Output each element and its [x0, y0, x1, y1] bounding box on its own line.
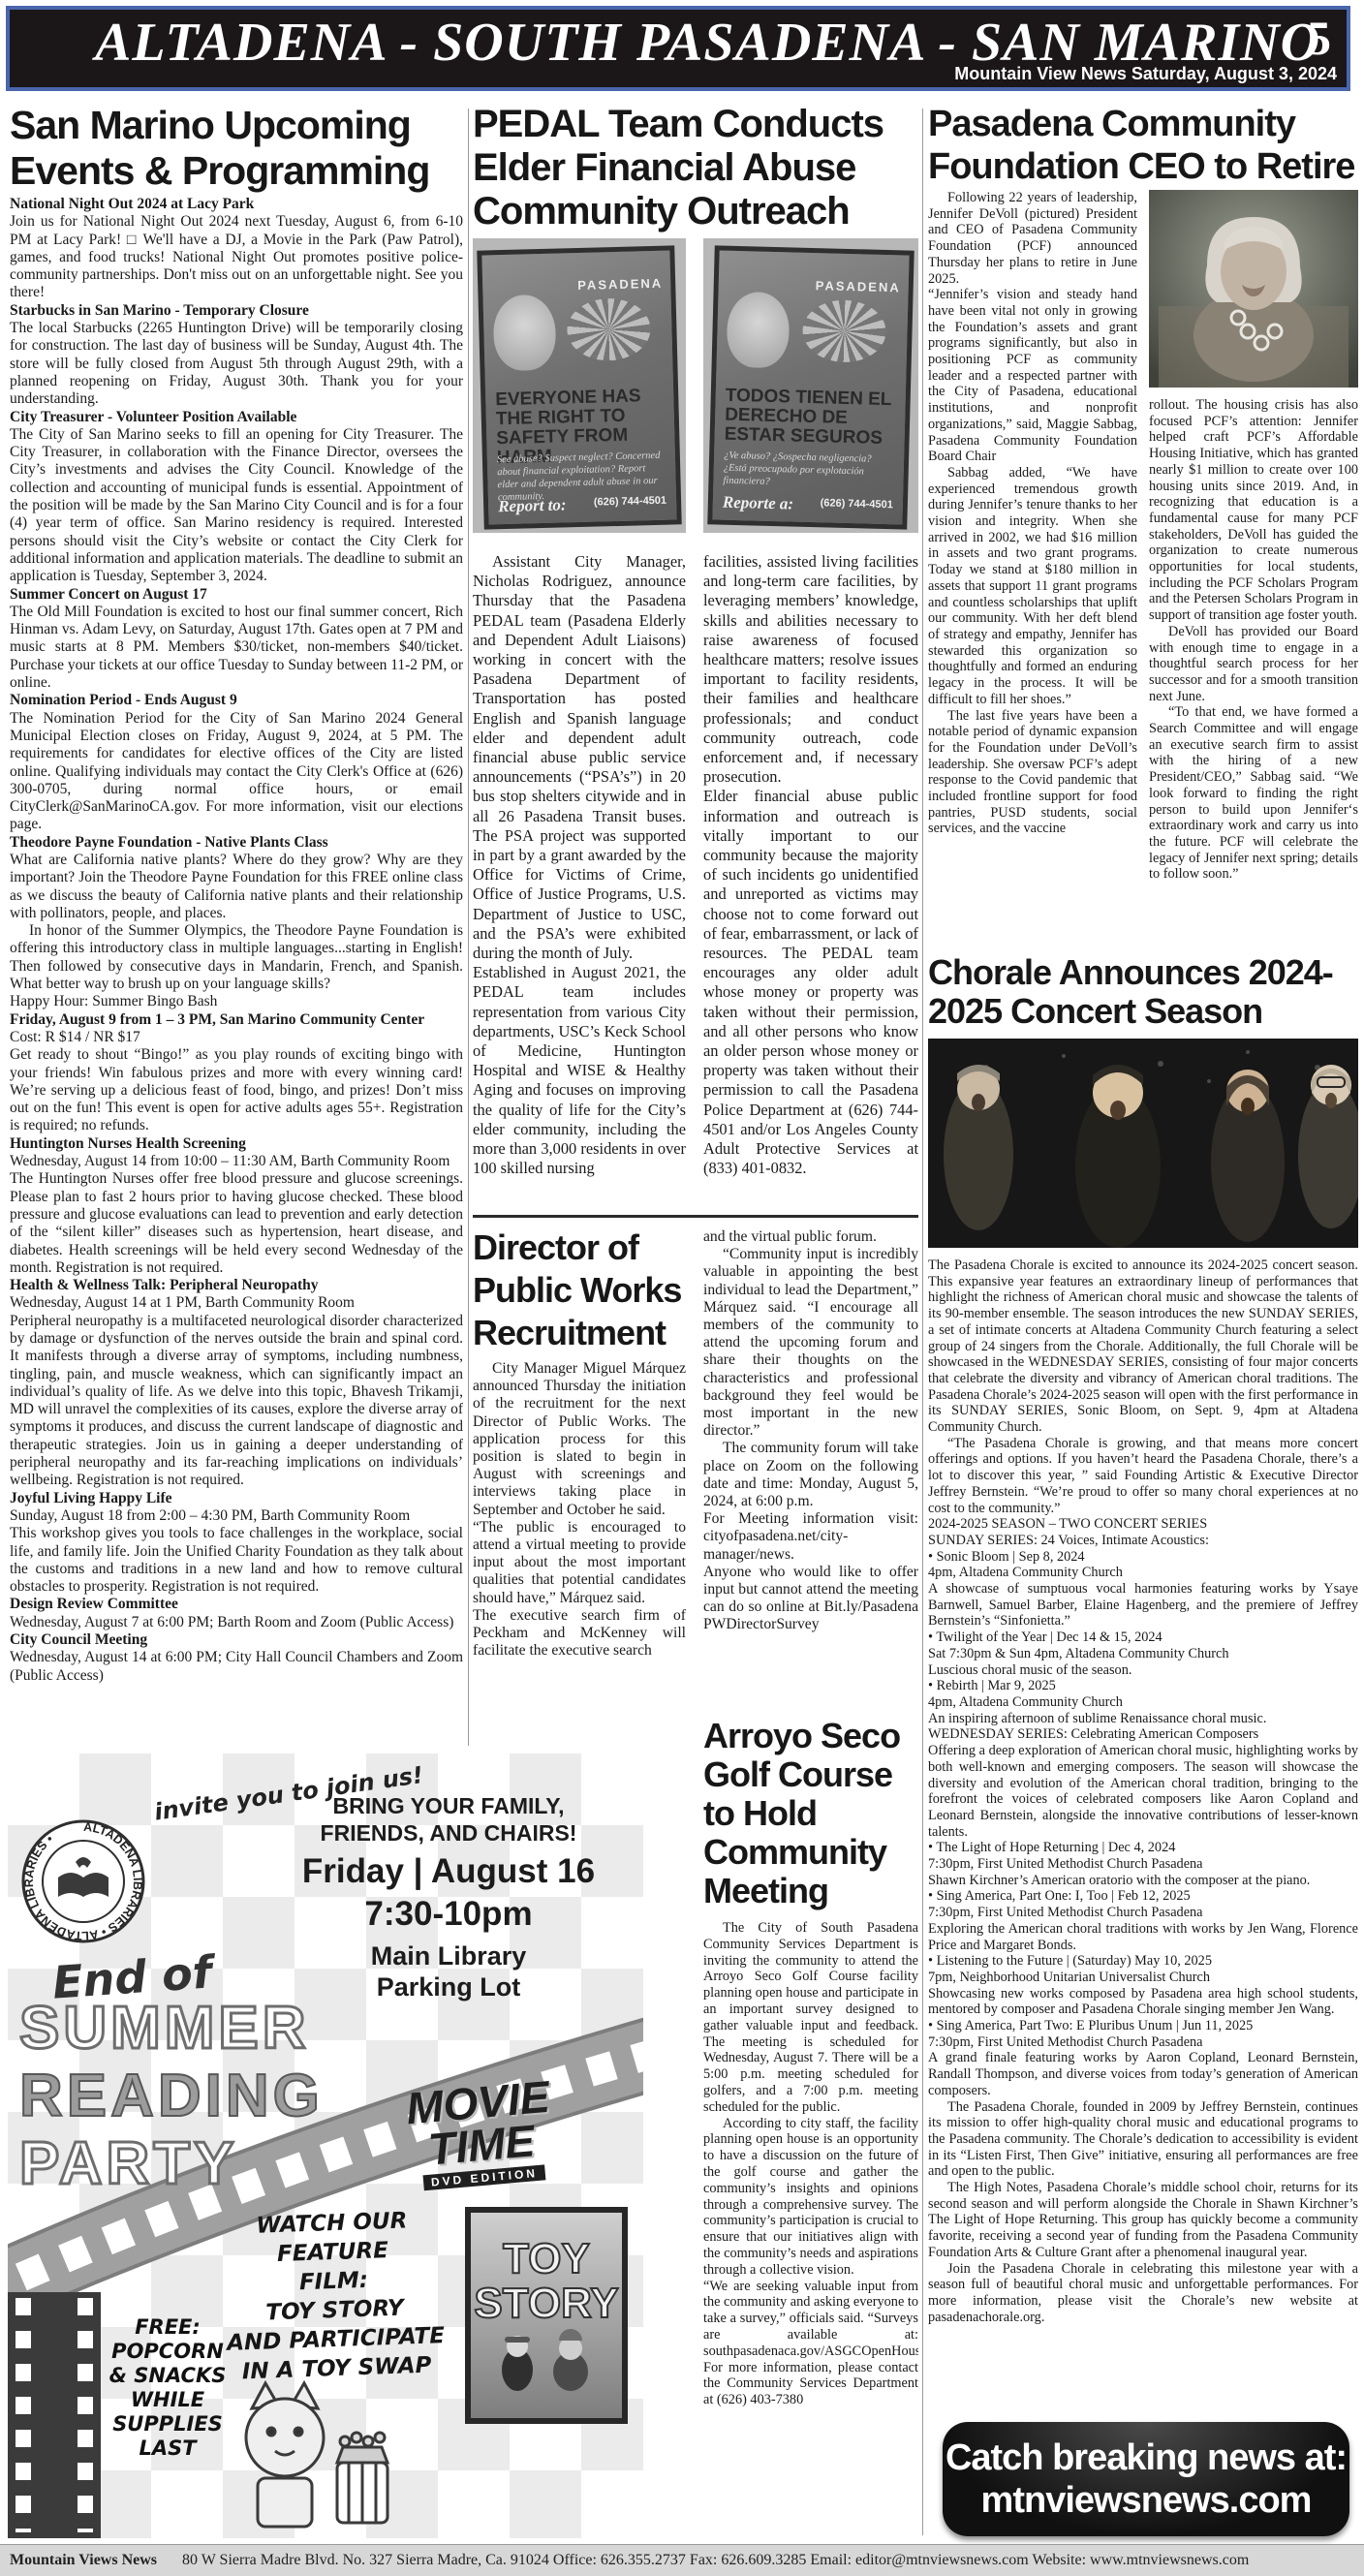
body-paragraph: The Old Mill Foundation is excited to ho…: [10, 604, 463, 692]
flyer-word-reading: READING: [19, 2065, 324, 2127]
item-heading: Design Review Committee: [10, 1596, 463, 1613]
pedal-body-left: Assistant City Manager, Nicholas Rodrigu…: [473, 552, 686, 1213]
flyer-handwritten-note: WATCH OUR FEATURE FILM: TOY STORY AND PA…: [220, 2205, 449, 2387]
body-paragraph: Anyone who would like to offer input but…: [703, 1564, 918, 1634]
san-marino-headline: San Marino Upcoming Events & Programming: [10, 103, 463, 194]
pedal-poster-photo-spanish: PASADENA TODOS TIENEN EL DERECHO DE ESTA…: [703, 238, 918, 533]
body-paragraph: • Rebirth | Mar 9, 2025: [928, 1678, 1358, 1694]
body-paragraph: DeVoll has provided our Board with enoug…: [1149, 624, 1358, 705]
item-heading: Health & Wellness Talk: Peripheral Neuro…: [10, 1277, 463, 1294]
body-paragraph: An inspiring afternoon of sublime Renais…: [928, 1711, 1358, 1727]
item-heading: Huntington Nurses Health Screening: [10, 1135, 463, 1153]
body-paragraph: A showcase of sumptuous vocal harmonies …: [928, 1581, 1358, 1629]
body-paragraph: For Meeting information visit: cityofpas…: [703, 1510, 918, 1564]
altadena-libraries-logo: ALTADENA LIBRARIES • ALTADENA LIBRARIES …: [19, 1817, 147, 1945]
body-paragraph: Peripheral neuropathy is a multifaceted …: [10, 1313, 463, 1490]
body-paragraph: • Sing America, Part One: I, Too | Feb 1…: [928, 1888, 1358, 1905]
body-paragraph: The last five years have been a notable …: [928, 708, 1137, 838]
body-paragraph: Offering a deep exploration of American …: [928, 1743, 1358, 1840]
item-heading: City Council Meeting: [10, 1631, 463, 1649]
body-paragraph: Exploring the American choral traditions…: [928, 1921, 1358, 1953]
poster-brand: PASADENA: [577, 276, 663, 293]
poster-title: TODOS TIENEN EL DERECHO DE ESTAR SEGUROS: [724, 387, 894, 450]
poster-report-label: Report to:: [498, 495, 567, 516]
flyer-date-line: Friday | August 16: [289, 1852, 608, 1891]
poster-brand: PASADENA: [816, 278, 901, 295]
arroyo-headline: Arroyo Seco Golf Course to Hold Communit…: [703, 1717, 918, 1910]
masthead: ALTADENA - SOUTH PASADENA - SAN MARINO 5…: [6, 6, 1350, 91]
body-paragraph: According to city staff, the facility pl…: [703, 2116, 918, 2279]
poster-phone: (626) 744-4501: [820, 497, 893, 511]
body-paragraph: “Community input is incredibly valuable …: [703, 1246, 918, 1440]
body-paragraph: • Sing America, Part Two: E Pluribus Unu…: [928, 2018, 1358, 2034]
jennifer-devoll-portrait-photo: [1149, 190, 1358, 388]
body-paragraph: “The Pasadena Chorale is growing, and th…: [928, 1436, 1358, 1517]
director-body-right: and the virtual public forum.“Community …: [703, 1228, 918, 1709]
summer-reading-party-flyer: ALTADENA LIBRARIES • ALTADENA LIBRARIES …: [8, 1754, 643, 2538]
body-paragraph: Sabbag added, “We have experienced treme…: [928, 465, 1137, 708]
body-paragraph: A grand finale featuring works by Aaron …: [928, 2050, 1358, 2098]
toy-story-title-line1: TOY: [471, 2238, 622, 2281]
body-paragraph: Established in August 2021, the PEDAL te…: [473, 963, 686, 1178]
article-director-public-works: Director of Public Works Recruitment: [473, 1226, 686, 1354]
body-paragraph: The local Starbucks (2265 Huntington Dri…: [10, 320, 463, 408]
footer-bar: Mountain Views News 80 W Sierra Madre Bl…: [0, 2544, 1364, 2576]
item-heading: Friday, August 9 from 1 – 3 PM, San Mari…: [10, 1011, 463, 1029]
flyer-word-summer: SUMMER: [19, 1998, 310, 2060]
movie-time-logo: MOVIE TIME DVD EDITION: [380, 2072, 582, 2194]
body-paragraph: 2024-2025 SEASON – TWO CONCERT SERIES: [928, 1516, 1358, 1533]
body-paragraph: Happy Hour: Summer Bingo Bash: [10, 993, 463, 1010]
body-paragraph: 4pm, Altadena Community Church: [928, 1565, 1358, 1581]
chorale-headline: Chorale Announces 2024- 2025 Concert Sea…: [928, 953, 1358, 1031]
flyer-place-line2: Parking Lot: [289, 1972, 608, 2002]
pcf-body-right: rollout. The housing crisis has also foc…: [1149, 397, 1358, 938]
pcf-headline: Pasadena Community Foundation CEO to Ret…: [928, 103, 1358, 188]
body-paragraph: rollout. The housing crisis has also foc…: [1149, 397, 1358, 624]
body-paragraph: 7:30pm, First United Methodist Church Pa…: [928, 1856, 1358, 1873]
body-paragraph: The executive search firm of Peckham and…: [473, 1607, 686, 1660]
article-pedal: PEDAL Team Conducts Elder Financial Abus…: [473, 103, 918, 233]
body-paragraph: 7:30pm, First United Methodist Church Pa…: [928, 1905, 1358, 1921]
chorale-singers-photo: [928, 1039, 1358, 1248]
item-heading: Theodore Payne Foundation - Native Plant…: [10, 834, 463, 852]
body-paragraph: Sat 7:30pm & Sun 4pm, Altadena Community…: [928, 1646, 1358, 1662]
body-paragraph: WEDNESDAY SERIES: Celebrating American C…: [928, 1726, 1358, 1743]
masthead-dateline: Mountain View News Saturday, August 3, 2…: [954, 64, 1337, 84]
vertical-film-strip: [8, 2292, 101, 2538]
body-paragraph: and the virtual public forum.: [703, 1228, 918, 1246]
toy-story-characters: [474, 2325, 619, 2393]
body-paragraph: SUPPLIES: [105, 2412, 231, 2436]
body-paragraph: Cost: R $14 / NR $17: [10, 1029, 463, 1046]
body-paragraph: facilities, assisted living facilities a…: [703, 552, 918, 787]
flyer-place-line1: Main Library: [289, 1941, 608, 1971]
body-paragraph: Join us for National Night Out 2024 next…: [10, 213, 463, 301]
director-headline: Director of Public Works Recruitment: [473, 1226, 686, 1354]
body-paragraph: The High Notes, Pasadena Chorale’s middl…: [928, 2180, 1358, 2261]
poster-subtext: ¿Ve abuso? ¿Sospecha negligencia? ¿Está …: [723, 450, 890, 491]
body-paragraph: Wednesday, August 14 at 6:00 PM; City Ha…: [10, 1649, 463, 1685]
footer-brand: Mountain Views News: [10, 2552, 157, 2569]
chorale-body: The Pasadena Chorale is excited to annou…: [928, 1257, 1358, 2415]
decorative-fan: [567, 297, 652, 361]
flyer-word-party: PARTY: [19, 2133, 238, 2195]
flyer-free-popcorn-lines: FREE:POPCORN& SNACKSWHILESUPPLIESLAST: [105, 2315, 231, 2461]
article-pcf-ceo-retire: Pasadena Community Foundation CEO to Ret…: [928, 103, 1358, 188]
article-san-marino-events: San Marino Upcoming Events & Programming: [10, 103, 463, 194]
pcf-body-left: Following 22 years of leadership, Jennif…: [928, 190, 1137, 938]
cartoon-characters: [223, 2370, 426, 2534]
body-paragraph: Following 22 years of leadership, Jennif…: [928, 190, 1137, 287]
san-marino-items: National Night Out 2024 at Lacy ParkJoin…: [10, 196, 463, 1746]
body-paragraph: POPCORN: [105, 2340, 231, 2364]
toy-story-title-line2: STORY: [471, 2282, 622, 2325]
pedal-headline: PEDAL Team Conducts Elder Financial Abus…: [473, 103, 918, 233]
body-paragraph: The Nomination Period for the City of Sa…: [10, 710, 463, 834]
body-paragraph: 7:30pm, First United Methodist Church Pa…: [928, 2034, 1358, 2051]
article-chorale-season: Chorale Announces 2024- 2025 Concert Sea…: [928, 953, 1358, 1031]
body-paragraph: The Pasadena Chorale, founded in 2009 by…: [928, 2099, 1358, 2181]
body-paragraph: Luscious choral music of the season.: [928, 1662, 1358, 1679]
elder-face-photo: [727, 292, 790, 369]
body-paragraph: SUNDAY SERIES: 24 Voices, Intimate Acous…: [928, 1533, 1358, 1549]
body-paragraph: 7pm, Neighborhood Unitarian Universalist…: [928, 1970, 1358, 1986]
divider-middle-right: [922, 109, 923, 2535]
body-paragraph: City Manager Miguel Márquez announced Th…: [473, 1360, 686, 1519]
body-paragraph: 4pm, Altadena Community Church: [928, 1694, 1358, 1711]
body-paragraph: • Twilight of the Year | Dec 14 & 15, 20…: [928, 1629, 1358, 1646]
body-paragraph: Showcasing new works composed by Pasaden…: [928, 1986, 1358, 2018]
flyer-time-line: 7:30-10pm: [289, 1895, 608, 1934]
item-heading: Joyful Living Happy Life: [10, 1490, 463, 1507]
body-paragraph: Wednesday, August 14 at 1 PM, Barth Comm…: [10, 1294, 463, 1312]
body-paragraph: Wednesday, August 7 at 6:00 PM; Barth Ro…: [10, 1614, 463, 1631]
poster-report-label: Reporte a:: [723, 493, 794, 514]
decorative-fan: [802, 299, 887, 363]
article-arroyo-seco: Arroyo Seco Golf Course to Hold Communit…: [703, 1717, 918, 1910]
body-paragraph: Sunday, August 18 from 2:00 – 4:30 PM, B…: [10, 1507, 463, 1525]
body-paragraph: The City of South Pasadena Community Ser…: [703, 1920, 918, 2116]
body-paragraph: LAST: [105, 2436, 231, 2461]
elder-face-photo: [492, 295, 556, 372]
catch-breaking-news-box: Catch breaking news at: mtnviewsnews.com: [943, 2422, 1349, 2536]
page-number: 5: [1307, 10, 1331, 66]
toy-story-dvd-cover: TOY STORY: [465, 2207, 628, 2424]
catch-news-line2: mtnviewsnews.com: [981, 2479, 1312, 2522]
item-heading: Starbucks in San Marino - Temporary Clos…: [10, 302, 463, 320]
pedal-body-right: facilities, assisted living facilities a…: [703, 552, 918, 1213]
body-paragraph: FREE:: [105, 2315, 231, 2340]
body-paragraph: WHILE: [105, 2388, 231, 2412]
body-paragraph: Shawn Kirchner’s American oratorio with …: [928, 1873, 1358, 1889]
body-paragraph: “The public is encouraged to attend a vi…: [473, 1519, 686, 1607]
body-paragraph: • The Light of Hope Returning | Dec 4, 2…: [928, 1840, 1358, 1856]
body-paragraph: The Huntington Nurses offer free blood p…: [10, 1170, 463, 1277]
body-paragraph: “To that end, we have formed a Search Co…: [1149, 704, 1358, 883]
arroyo-body: The City of South Pasadena Community Ser…: [703, 1920, 918, 2536]
divider-left-middle: [468, 109, 469, 1746]
body-paragraph: This workshop gives you tools to face ch…: [10, 1525, 463, 1596]
item-heading: National Night Out 2024 at Lacy Park: [10, 196, 463, 213]
item-heading: City Treasurer - Volunteer Position Avai…: [10, 409, 463, 426]
body-paragraph: The City of San Marino seeks to fill an …: [10, 426, 463, 586]
body-paragraph: What are California native plants? Where…: [10, 852, 463, 922]
body-paragraph: Join the Pasadena Chorale in celebrating…: [928, 2261, 1358, 2326]
flyer-bring-line: BRING YOUR FAMILY, FRIENDS, AND CHAIRS!: [289, 1792, 608, 1847]
body-paragraph: Wednesday, August 14 from 10:00 – 11:30 …: [10, 1153, 463, 1170]
item-heading: Summer Concert on August 17: [10, 586, 463, 604]
body-paragraph: & SNACKS: [105, 2364, 231, 2388]
pedal-poster-photo-english: PASADENA EVERYONE HAS THE RIGHT TO SAFET…: [473, 238, 686, 533]
body-paragraph: Assistant City Manager, Nicholas Rodrigu…: [473, 552, 686, 963]
catch-news-line1: Catch breaking news at:: [945, 2436, 1347, 2479]
body-paragraph: Get ready to shout “Bingo!” as you play …: [10, 1046, 463, 1134]
body-paragraph: • Listening to the Future | (Saturday) M…: [928, 1953, 1358, 1970]
footer-info: 80 W Sierra Madre Blvd. No. 327 Sierra M…: [182, 2552, 1249, 2569]
body-paragraph: The Pasadena Chorale is excited to annou…: [928, 1257, 1358, 1436]
body-paragraph: In honor of the Summer Olympics, the The…: [10, 922, 463, 993]
poster-phone: (626) 744-4501: [594, 495, 667, 509]
body-paragraph: For more information, please contact the…: [703, 2360, 918, 2408]
body-paragraph: • Sonic Bloom | Sep 8, 2024: [928, 1549, 1358, 1566]
item-heading: Nomination Period - Ends August 9: [10, 692, 463, 709]
body-paragraph: Elder financial abuse public information…: [703, 787, 918, 1178]
body-paragraph: “Jennifer’s vision and steady hand have …: [928, 287, 1137, 465]
rule-above-director-article: [473, 1215, 918, 1218]
director-body-left: City Manager Miguel Márquez announced Th…: [473, 1360, 686, 1744]
body-paragraph: “We are seeking valuable input from the …: [703, 2279, 918, 2360]
body-paragraph: The community forum will take place on Z…: [703, 1440, 918, 1510]
